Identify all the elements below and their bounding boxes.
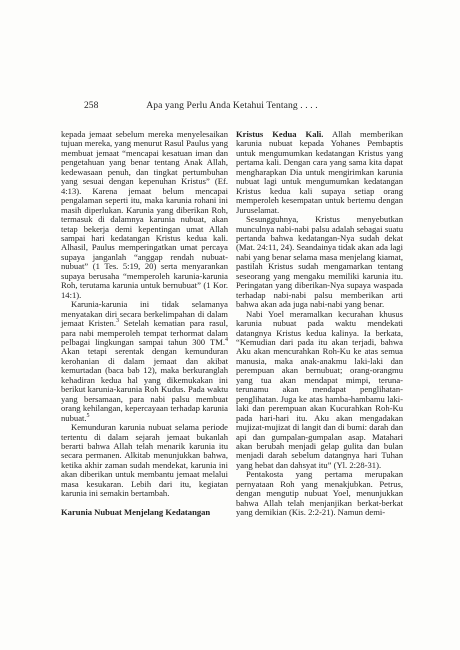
text-run: Pentakosta yang pertama merupakan pernya… <box>236 469 403 517</box>
footnote-reference: 4 <box>225 337 228 343</box>
paragraph: Karunia-karunia ini tidak selamanya meny… <box>61 300 228 423</box>
paragraph: Sesungguhnya, Kristus menyebutkan muncul… <box>236 215 403 310</box>
paragraph: Nabi Yoel meramalkan kecurahan khusus ka… <box>236 310 403 471</box>
text-run: kepada jemaat sebelum mereka menyelesaik… <box>61 129 228 300</box>
text-columns: kepada jemaat sebelum mereka menyelesaik… <box>61 130 403 518</box>
paragraph: kepada jemaat sebelum mereka menyelesaik… <box>61 130 228 300</box>
paragraph: Pentakosta yang pertama merupakan pernya… <box>236 470 403 517</box>
text-run: Kemunduran karunia nubuat selama periode… <box>61 422 228 498</box>
paragraph: Kemunduran karunia nubuat selama periode… <box>61 423 228 499</box>
left-column: kepada jemaat sebelum mereka menyelesaik… <box>61 130 228 518</box>
text-run: Sesungguhnya, Kristus menyebutkan muncul… <box>236 214 403 309</box>
footnote-reference: 5 <box>87 413 90 419</box>
section-heading: Karunia Nubuat Menjelang Kedatangan <box>61 508 228 517</box>
text-run: Allah memberikan karunia nubuat kepada Y… <box>236 129 403 215</box>
text-run: Akan tetapi serentak dengan kemunduran k… <box>61 346 228 422</box>
page-header: 258 Apa yang Perlu Anda Ketahui Tentang … <box>61 100 403 113</box>
text-run: Karunia Nubuat Menjelang Kedatangan <box>61 507 210 517</box>
running-header: Apa yang Perlu Anda Ketahui Tentang . . … <box>61 100 403 111</box>
page-number: 258 <box>84 100 98 111</box>
book-page: 258 Apa yang Perlu Anda Ketahui Tentang … <box>0 0 460 650</box>
right-column: Kristus Kedua Kali. Allah memberikan kar… <box>236 130 403 518</box>
page-content: 258 Apa yang Perlu Anda Ketahui Tentang … <box>61 100 403 518</box>
text-run: Nabi Yoel meramalkan kecurahan khusus ka… <box>236 309 403 470</box>
paragraph: Kristus Kedua Kali. Allah memberikan kar… <box>236 130 403 215</box>
